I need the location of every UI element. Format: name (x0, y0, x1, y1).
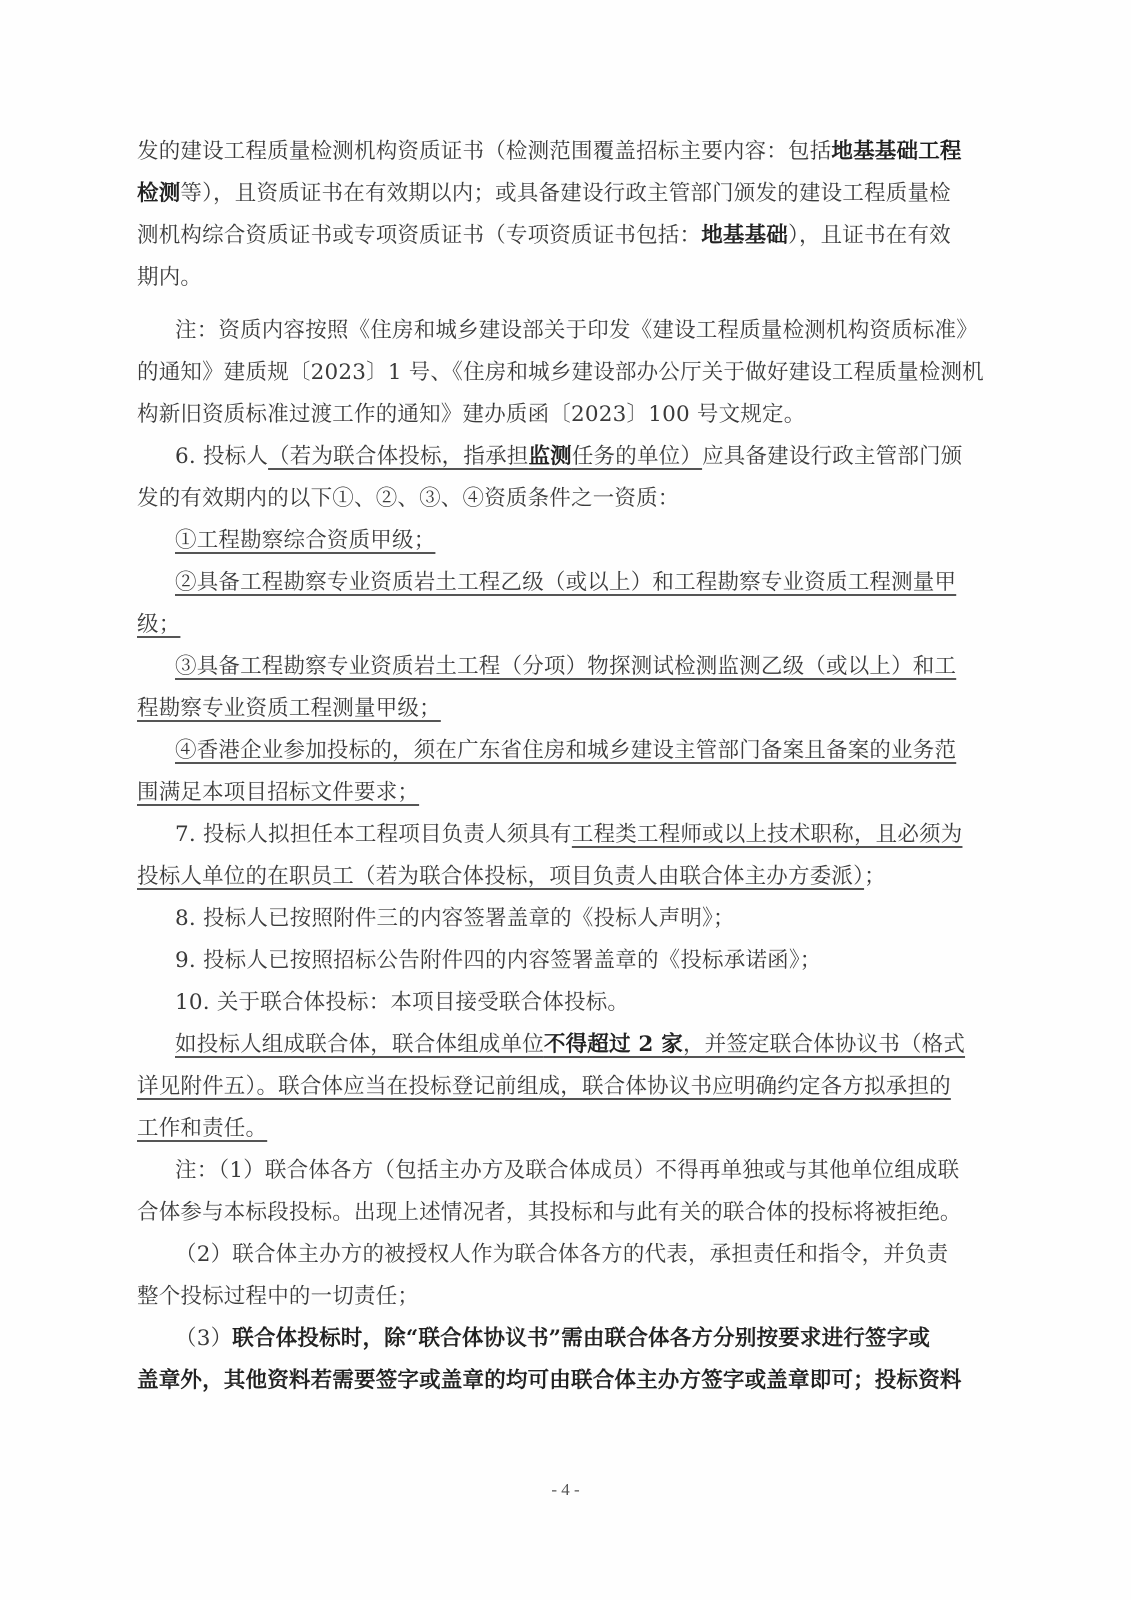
text-line: （2）联合体主办方的被授权人作为联合体各方的代表，承担责任和指令，并负责 (175, 1234, 948, 1276)
bold-text: 地基基础工程 (831, 139, 961, 164)
text-span: 6. 投标人 (175, 444, 268, 469)
underlined-text: 工程类工程师或以上技术职称，且必须为 (572, 822, 963, 847)
text-line: 合体参与本标段投标。出现上述情况者，其投标和与此有关的联合体的投标将被拒绝。 (137, 1192, 962, 1234)
text-line: 8. 投标人已按照附件三的内容签署盖章的《投标人声明》； (175, 898, 735, 940)
bold-text: 盖章外，其他资料若需要签字或盖章的均可由联合体主办方签字或盖章即可；投标资料 (137, 1368, 962, 1393)
bold-text: 监测 (528, 444, 571, 469)
text-span: 8. 投标人已按照附件三的内容签署盖章的《投标人声明》； (175, 906, 735, 931)
bold-text: 检测 (137, 181, 180, 206)
text-line: 注：（1）联合体各方（包括主办方及联合体成员）不得再单独或与其他单位组成联 (175, 1150, 959, 1192)
underlined-text: 围满足本项目招标文件要求； (137, 780, 419, 805)
text-span: （2）联合体主办方的被授权人作为联合体各方的代表，承担责任和指令，并负责 (175, 1242, 948, 1267)
page-number: - 4 - (0, 1480, 1131, 1500)
text-line: 注：资质内容按照《住房和城乡建设部关于印发《建设工程质量检测机构资质标准》 (175, 310, 978, 352)
text-span: ），且证书在有效 (788, 223, 951, 248)
text-span: 合体参与本标段投标。出现上述情况者，其投标和与此有关的联合体的投标将被拒绝。 (137, 1200, 962, 1225)
underlined-text: 工作和责任。 (137, 1116, 267, 1141)
text-line: 详见附件五）。联合体应当在投标登记前组成，联合体协议书应明确约定各方拟承担的 (137, 1066, 951, 1108)
text-span: ； (864, 864, 886, 889)
underlined-text: 任务的单位） (572, 444, 702, 469)
text-line: 发的有效期内的以下①、②、③、④资质条件之一资质： (137, 478, 680, 520)
underlined-text: 程勘察专业资质工程测量甲级； (137, 696, 441, 721)
underlined-text: ②具备工程勘察专业资质岩土工程乙级（或以上）和工程勘察专业资质工程测量甲 (175, 570, 956, 595)
bold-text: 联合体投标时，除“联合体协议书”需由联合体各方分别按要求进行签字或 (232, 1326, 930, 1351)
text-span: （3） (175, 1326, 232, 1351)
text-span: 构新旧资质标准过渡工作的通知》建办质函〔2023〕100 号文规定。 (137, 402, 805, 427)
text-line: ④香港企业参加投标的，须在广东省住房和城乡建设主管部门备案且备案的业务范 (175, 730, 956, 772)
bold-text: 地基基础 (701, 223, 788, 248)
text-span: 等），且资质证书在有效期以内；或具备建设行政主管部门颁发的建设工程质量检 (180, 181, 950, 206)
document-page: 发的建设工程质量检测机构资质证书（检测范围覆盖招标主要内容：包括地基基础工程检测… (0, 0, 1131, 1600)
text-span: 应具备建设行政主管部门颁 (702, 444, 962, 469)
underlined-text: 投标人单位的在职员工（若为联合体投标，项目负责人由联合体主办方委派） (137, 864, 864, 889)
text-line: 围满足本项目招标文件要求； (137, 772, 419, 814)
text-line: 发的建设工程质量检测机构资质证书（检测范围覆盖招标主要内容：包括地基基础工程 (137, 131, 962, 173)
underlined-text: ③具备工程勘察专业资质岩土工程（分项）物探测试检测监测乙级（或以上）和工 (175, 654, 956, 679)
underlined-text: ，并签定联合体协议书（格式 (683, 1032, 965, 1057)
text-span: 注：资质内容按照《住房和城乡建设部关于印发《建设工程质量检测机构资质标准》 (175, 318, 978, 343)
text-span: 10. 关于联合体投标：本项目接受联合体投标。 (175, 990, 629, 1015)
text-line: 投标人单位的在职员工（若为联合体投标，项目负责人由联合体主办方委派）； (137, 856, 886, 898)
text-span: 测机构综合资质证书或专项资质证书（专项资质证书包括： (137, 223, 701, 248)
bold-text: 不得超过 2 家 (544, 1032, 683, 1057)
underlined-text: 详见附件五）。联合体应当在投标登记前组成，联合体协议书应明确约定各方拟承担的 (137, 1074, 951, 1099)
text-span: 发的建设工程质量检测机构资质证书（检测范围覆盖招标主要内容：包括 (137, 139, 831, 164)
text-line: 6. 投标人（若为联合体投标，指承担监测任务的单位）应具备建设行政主管部门颁 (175, 436, 962, 478)
text-line: 构新旧资质标准过渡工作的通知》建办质函〔2023〕100 号文规定。 (137, 394, 805, 436)
text-line: ①工程勘察综合资质甲级； (175, 520, 435, 562)
text-span: 整个投标过程中的一切责任； (137, 1284, 419, 1309)
text-line: 期内。 (137, 257, 202, 299)
text-span: 9. 投标人已按照招标公告附件四的内容签署盖章的《投标承诺函》； (175, 948, 822, 973)
text-line: 7. 投标人拟担任本工程项目负责人须具有工程类工程师或以上技术职称，且必须为 (175, 814, 962, 856)
text-line: 检测等），且资质证书在有效期以内；或具备建设行政主管部门颁发的建设工程质量检 (137, 173, 951, 215)
text-line: 盖章外，其他资料若需要签字或盖章的均可由联合体主办方签字或盖章即可；投标资料 (137, 1360, 962, 1402)
text-line: ③具备工程勘察专业资质岩土工程（分项）物探测试检测监测乙级（或以上）和工 (175, 646, 956, 688)
underlined-text: 如投标人组成联合体，联合体组成单位 (175, 1032, 544, 1057)
text-span: 的通知》建质规〔2023〕1 号、《住房和城乡建设部办公厅关于做好建设工程质量检… (137, 360, 984, 385)
text-line: 10. 关于联合体投标：本项目接受联合体投标。 (175, 982, 629, 1024)
underlined-text: （若为联合体投标，指承担 (268, 444, 528, 469)
text-line: 程勘察专业资质工程测量甲级； (137, 688, 441, 730)
underlined-text: 级； (137, 612, 180, 637)
text-line: ②具备工程勘察专业资质岩土工程乙级（或以上）和工程勘察专业资质工程测量甲 (175, 562, 956, 604)
text-span: 期内。 (137, 265, 202, 290)
text-span: 注：（1）联合体各方（包括主办方及联合体成员）不得再单独或与其他单位组成联 (175, 1158, 959, 1183)
text-line: 9. 投标人已按照招标公告附件四的内容签署盖章的《投标承诺函》； (175, 940, 822, 982)
underlined-text: ①工程勘察综合资质甲级； (175, 528, 435, 553)
text-line: （3）联合体投标时，除“联合体协议书”需由联合体各方分别按要求进行签字或 (175, 1318, 930, 1360)
underlined-text: ④香港企业参加投标的，须在广东省住房和城乡建设主管部门备案且备案的业务范 (175, 738, 956, 763)
text-line: 整个投标过程中的一切责任； (137, 1276, 419, 1318)
text-line: 如投标人组成联合体，联合体组成单位不得超过 2 家，并签定联合体协议书（格式 (175, 1024, 965, 1066)
text-span: 7. 投标人拟担任本工程项目负责人须具有 (175, 822, 572, 847)
text-line: 工作和责任。 (137, 1108, 267, 1150)
text-line: 级； (137, 604, 180, 646)
text-line: 的通知》建质规〔2023〕1 号、《住房和城乡建设部办公厅关于做好建设工程质量检… (137, 352, 984, 394)
text-span: 发的有效期内的以下①、②、③、④资质条件之一资质： (137, 486, 680, 511)
text-line: 测机构综合资质证书或专项资质证书（专项资质证书包括：地基基础），且证书在有效 (137, 215, 951, 257)
